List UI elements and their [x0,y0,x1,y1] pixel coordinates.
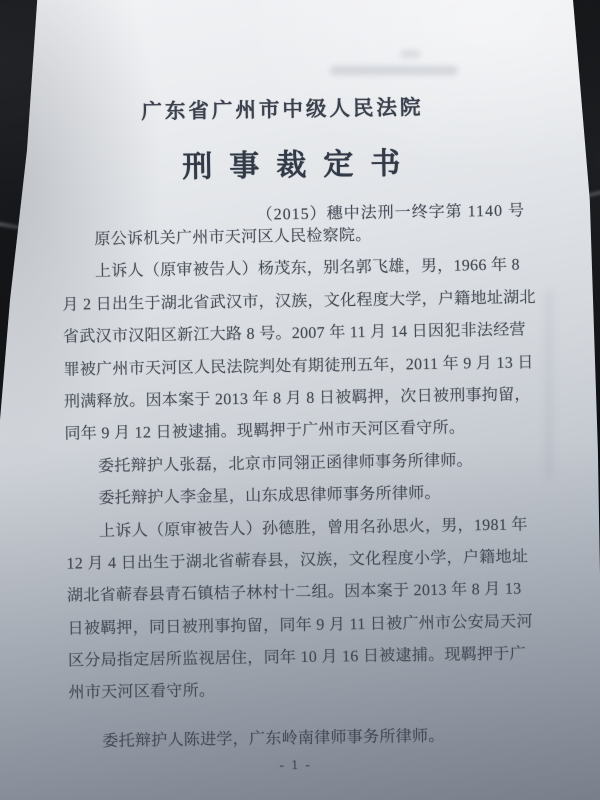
photo-background: 广东省广州市中级人民法院 刑事裁定书 （2015）穗中法刑一终字第 1140 号… [0,0,600,800]
document-body: 原公诉机关广州市天河区人民检察院。上诉人（原审被告人）杨茂东，别名郭飞雄，男，1… [61,217,569,759]
document-paper: 广东省广州市中级人民法院 刑事裁定书 （2015）穗中法刑一终字第 1140 号… [0,0,600,800]
printed-content: 广东省广州市中级人民法院 刑事裁定书 （2015）穗中法刑一终字第 1140 号… [0,0,600,800]
text-line: 州市天河区看守所。 [68,670,568,710]
text-line: 委托辩护人陈进学，广东岭南律师事务所律师。 [69,719,569,759]
court-name: 广东省广州市中级人民法院 [0,88,570,127]
document-title: 刑事裁定书 [0,135,587,188]
